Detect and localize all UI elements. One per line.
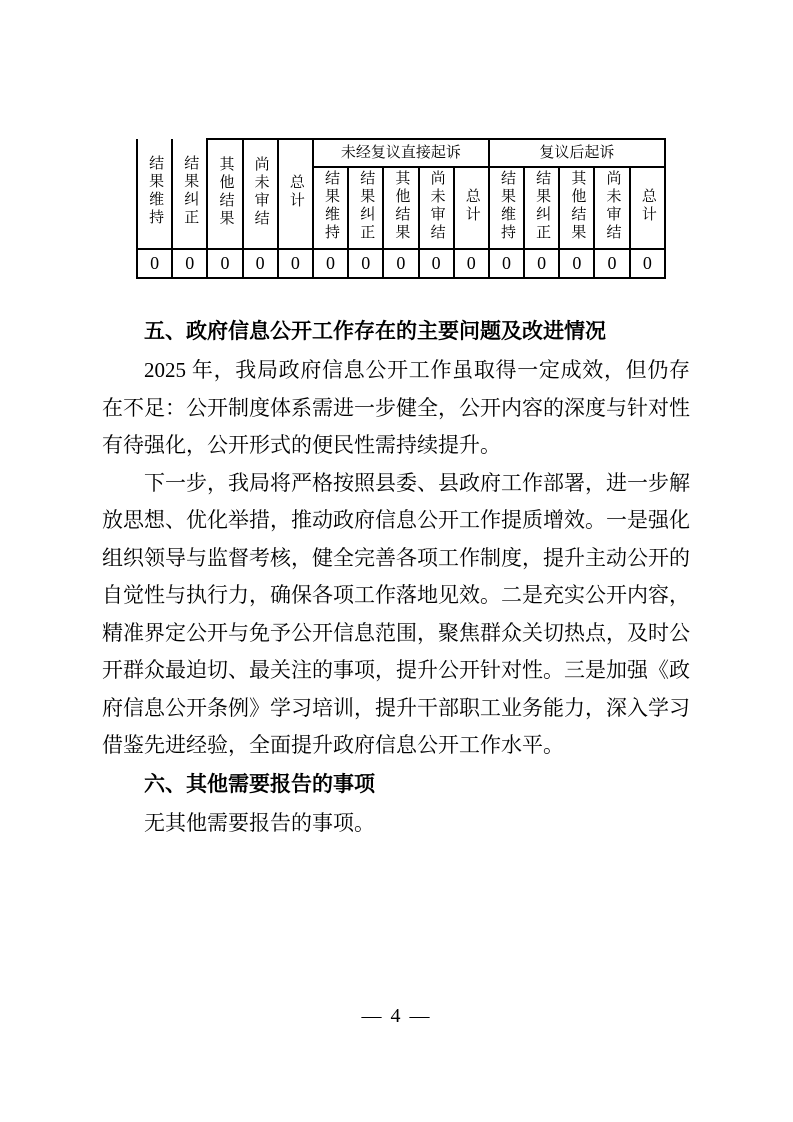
header-label: 尚未审结 <box>428 170 445 242</box>
data-cell: 0 <box>559 249 594 278</box>
subheader-cell: 其他结果 <box>383 167 418 249</box>
subheader-cell: 总计 <box>454 167 489 249</box>
paragraph-line: 自觉性与执行力，确保各项工作落地见效。二是充实公开内容， <box>102 577 690 615</box>
header-cell-other-result: 其他结果 <box>207 139 242 249</box>
header-label: 结果纠正 <box>181 155 198 227</box>
header-label: 总计 <box>287 174 304 210</box>
subheader-cell: 其他结果 <box>559 167 594 249</box>
paragraph-line: 放思想、优化举措，推动政府信息公开工作提质增效。一是强化 <box>102 502 690 540</box>
header-label: 其他结果 <box>568 170 585 242</box>
group-header-post-review-lawsuit: 复议后起诉 <box>489 139 665 167</box>
paragraph-line: 借鉴先进经验，全面提升政府信息公开工作水平。 <box>102 727 690 765</box>
page-number: — 4 — <box>0 1002 793 1030</box>
table-header-row-groups: 结果维持 结果纠正 其他结果 尚未审结 总计 未经复议直接起诉 复议后起诉 <box>137 139 665 167</box>
header-cell-result-corrected: 结果纠正 <box>172 139 207 249</box>
paragraph-line: 在不足：公开制度体系需进一步健全，公开内容的深度与针对性 <box>102 390 690 428</box>
header-cell-total: 总计 <box>278 139 313 249</box>
data-cell: 0 <box>243 249 278 278</box>
header-label: 结果维持 <box>322 170 339 242</box>
group-header-direct-lawsuit: 未经复议直接起诉 <box>313 139 489 167</box>
section-heading-6: 六、其他需要报告的事项 <box>102 765 690 805</box>
header-label: 结果纠正 <box>357 170 374 242</box>
paragraph-line: 下一步，我局将严格按照县委、县政府工作部署，进一步解 <box>102 465 690 503</box>
subheader-cell: 结果维持 <box>489 167 524 249</box>
data-cell: 0 <box>630 249 665 278</box>
table-data-row: 0 0 0 0 0 0 0 0 0 0 0 0 0 0 0 <box>137 249 665 278</box>
header-label: 尚未审结 <box>604 170 621 242</box>
header-label: 其他结果 <box>216 156 233 228</box>
paragraph-line: 2025 年，我局政府信息公开工作虽取得一定成效，但仍存 <box>102 352 690 390</box>
subheader-cell: 结果维持 <box>313 167 348 249</box>
data-cell: 0 <box>348 249 383 278</box>
header-cell-pending: 尚未审结 <box>243 139 278 249</box>
paragraph-line: 无其他需要报告的事项。 <box>102 805 690 843</box>
paragraph-line: 有待强化，公开形式的便民性需持续提升。 <box>102 427 690 465</box>
header-cell-result-upheld: 结果维持 <box>137 139 172 249</box>
subheader-cell: 总计 <box>630 167 665 249</box>
subheader-cell: 结果纠正 <box>524 167 559 249</box>
header-label: 总计 <box>463 188 480 224</box>
lawsuit-statistics-table: 结果维持 结果纠正 其他结果 尚未审结 总计 未经复议直接起诉 复议后起诉 结果… <box>136 138 666 279</box>
data-cell: 0 <box>419 249 454 278</box>
subheader-cell: 结果纠正 <box>348 167 383 249</box>
header-label: 结果维持 <box>498 170 515 242</box>
subheader-cell: 尚未审结 <box>419 167 454 249</box>
header-label: 尚未审结 <box>252 156 269 228</box>
section-heading-5: 五、政府信息公开工作存在的主要问题及改进情况 <box>102 312 690 352</box>
header-label: 结果纠正 <box>533 170 550 242</box>
paragraph-line: 开群众最迫切、最关注的事项，提升公开针对性。三是加强《政 <box>102 652 690 690</box>
document-page: { "table": { "left_headers": ["结果维持", "结… <box>0 0 793 1122</box>
data-cell: 0 <box>137 249 172 278</box>
data-cell: 0 <box>454 249 489 278</box>
paragraph-line: 组织领导与监督考核，健全完善各项工作制度，提升主动公开的 <box>102 540 690 578</box>
header-label: 其他结果 <box>392 170 409 242</box>
data-cell: 0 <box>207 249 242 278</box>
subheader-cell: 尚未审结 <box>594 167 629 249</box>
paragraph-line: 府信息公开条例》学习培训，提升干部职工业务能力，深入学习 <box>102 690 690 728</box>
data-cell: 0 <box>594 249 629 278</box>
paragraph: 下一步，我局将严格按照县委、县政府工作部署，进一步解 放思想、优化举措，推动政府… <box>102 465 690 765</box>
header-label: 总计 <box>639 188 656 224</box>
paragraph: 无其他需要报告的事项。 <box>102 805 690 843</box>
data-cell: 0 <box>313 249 348 278</box>
data-cell: 0 <box>489 249 524 278</box>
data-cell: 0 <box>383 249 418 278</box>
data-cell: 0 <box>524 249 559 278</box>
paragraph-line: 精准界定公开与免予公开信息范围，聚焦群众关切热点，及时公 <box>102 615 690 653</box>
paragraph: 2025 年，我局政府信息公开工作虽取得一定成效，但仍存 在不足：公开制度体系需… <box>102 352 690 465</box>
data-cell: 0 <box>172 249 207 278</box>
header-label: 结果维持 <box>146 155 163 227</box>
data-cell: 0 <box>278 249 313 278</box>
document-body: 五、政府信息公开工作存在的主要问题及改进情况 2025 年，我局政府信息公开工作… <box>102 312 690 842</box>
